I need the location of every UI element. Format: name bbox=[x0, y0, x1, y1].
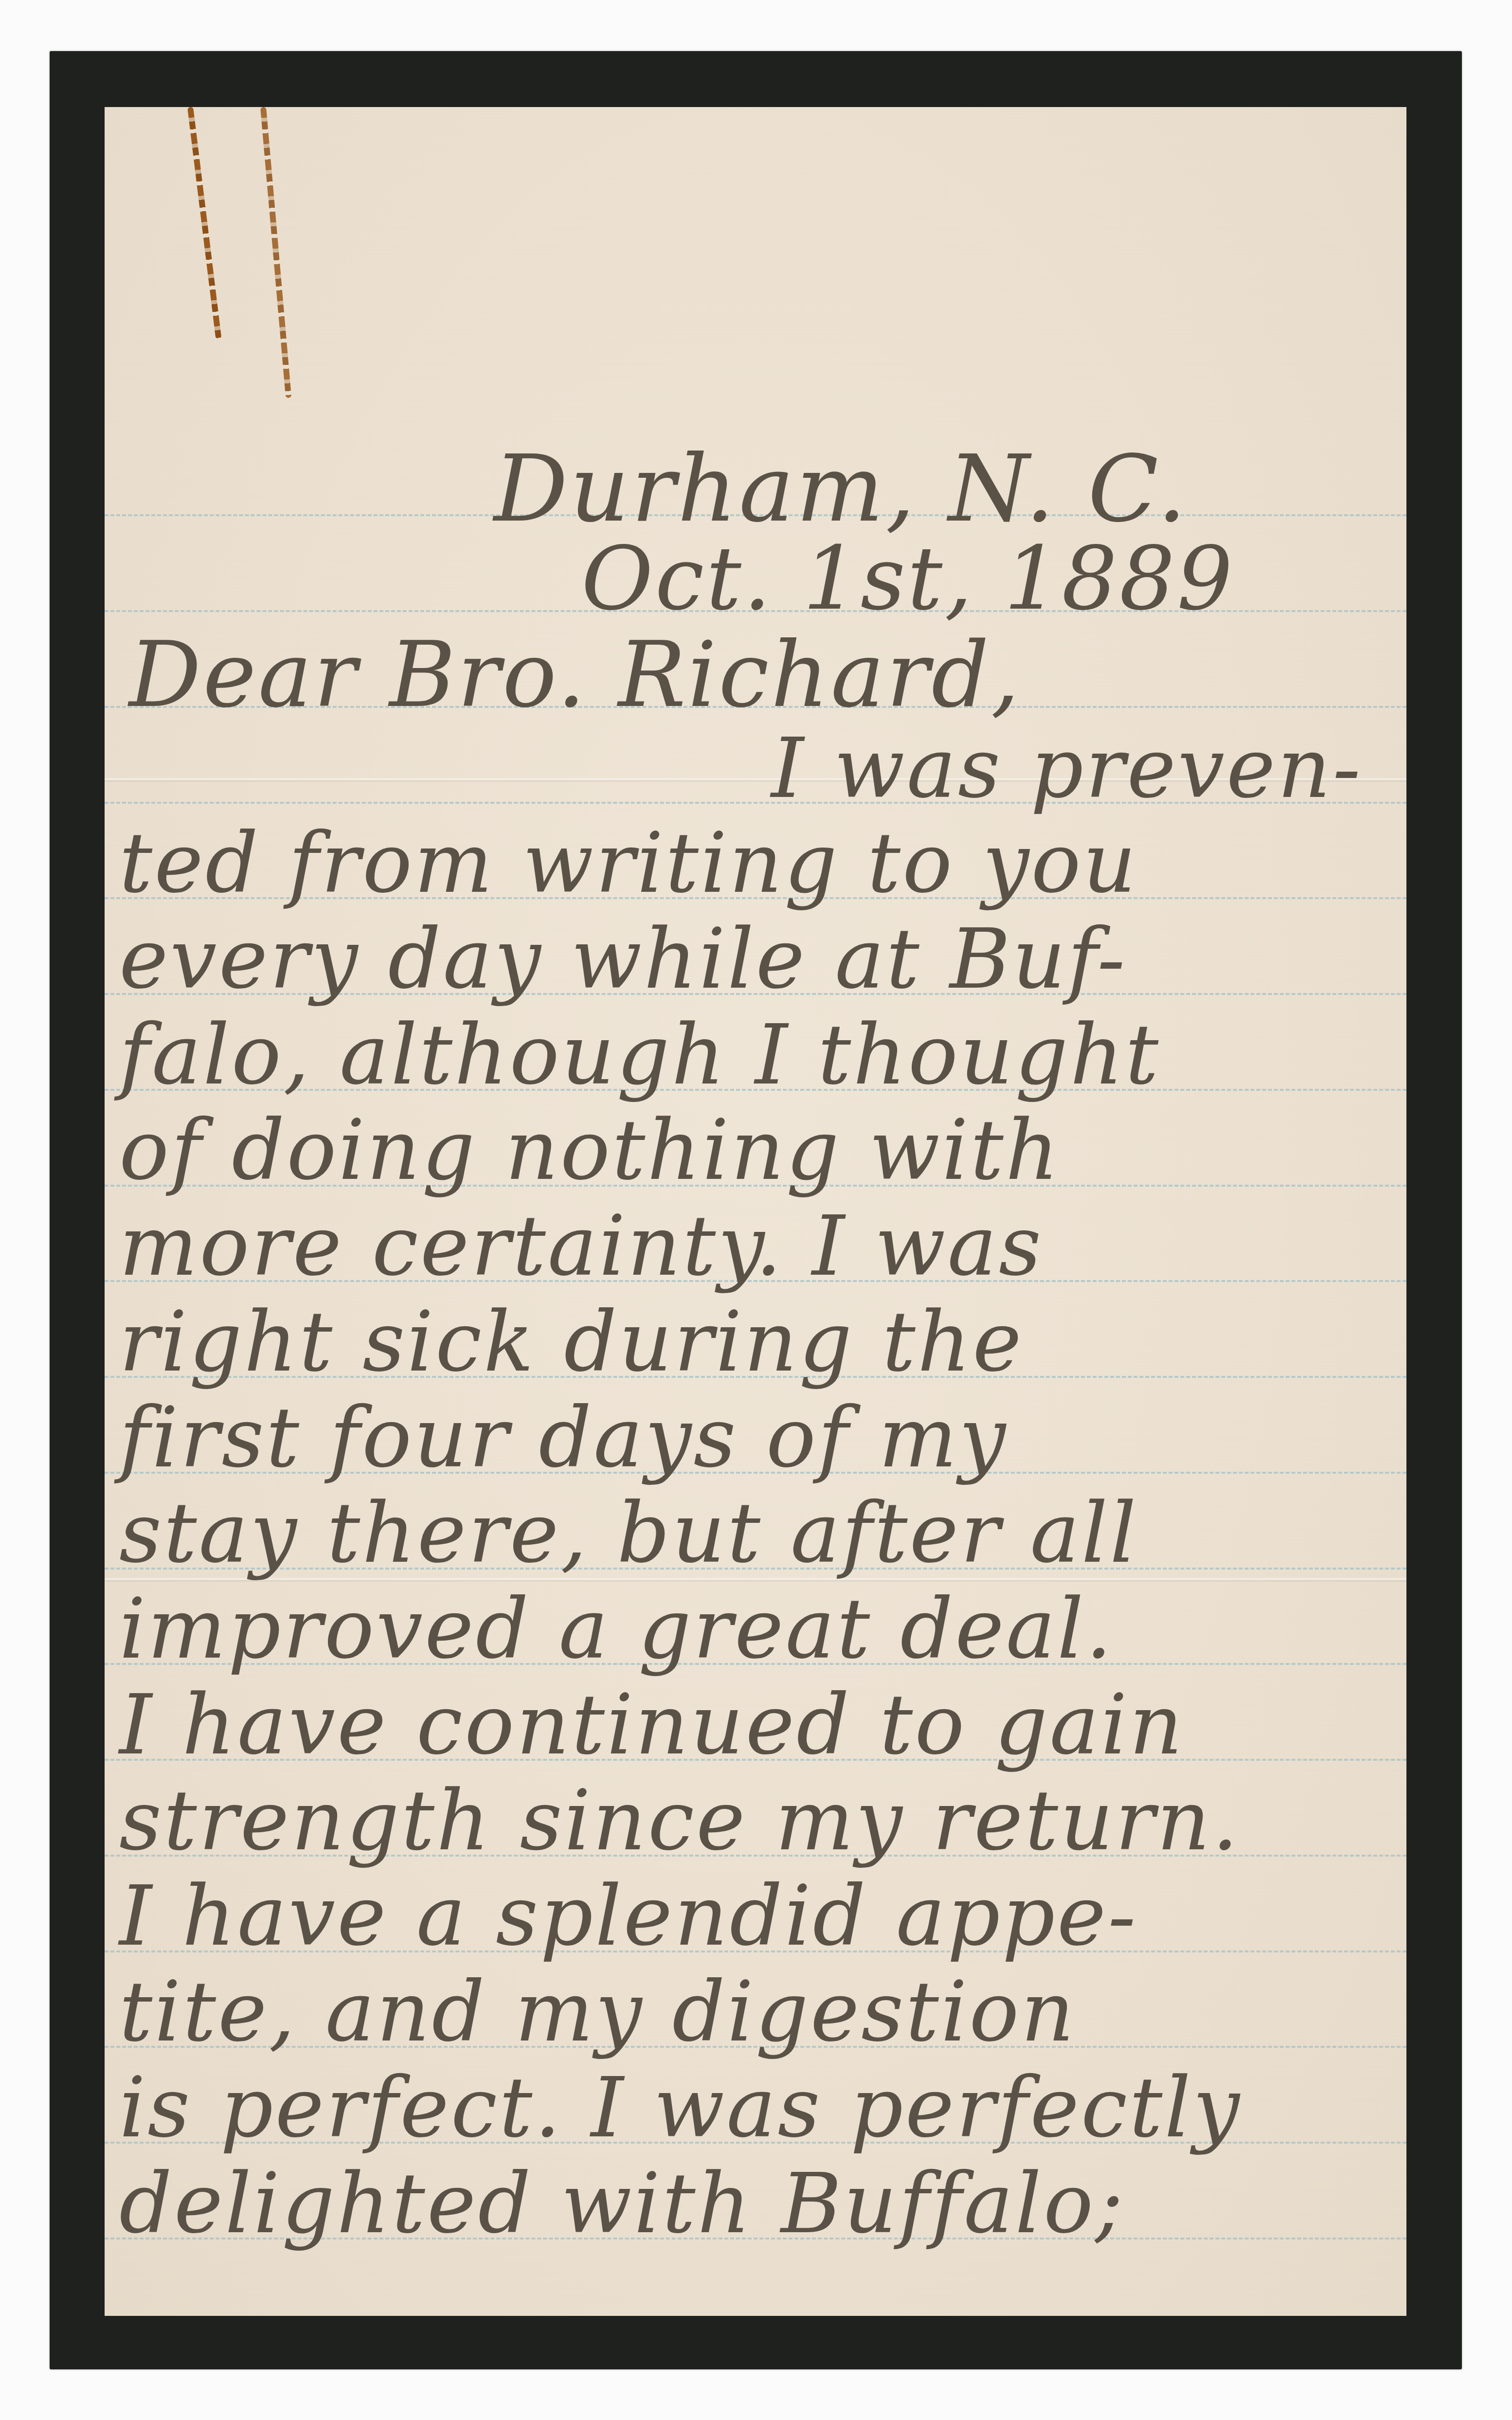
body-line: falo, although I thought bbox=[119, 1014, 1160, 1097]
body-line: improved a great deal. bbox=[119, 1588, 1114, 1671]
body-line: stay there, but after all bbox=[119, 1492, 1138, 1575]
rust-stain bbox=[260, 107, 291, 398]
body-line: I have a splendid appe- bbox=[119, 1875, 1138, 1958]
letter-date: Oct. 1st, 1889 bbox=[581, 535, 1235, 623]
body-line: is perfect. I was perfectly bbox=[119, 2067, 1242, 2149]
body-line: of doing nothing with bbox=[119, 1109, 1061, 1192]
body-line: tite, and my digestion bbox=[119, 1971, 1076, 2054]
body-line: strength since my return. bbox=[119, 1780, 1240, 1862]
letter-place: Durham, N. C. bbox=[494, 443, 1188, 535]
letter-sheet: Durham, N. C. Oct. 1st, 1889 Dear Bro. R… bbox=[50, 51, 1462, 2369]
body-line: I was preven- bbox=[771, 727, 1363, 810]
salutation: Dear Bro. Richard, bbox=[129, 630, 1022, 720]
body-line: right sick during the bbox=[119, 1301, 1024, 1384]
rust-stain bbox=[187, 107, 221, 339]
body-line: more certainty. I was bbox=[119, 1205, 1043, 1288]
body-line: every day while at Buf- bbox=[119, 918, 1127, 1001]
letter-paper: Durham, N. C. Oct. 1st, 1889 Dear Bro. R… bbox=[105, 107, 1406, 2316]
body-line: ted from writing to you bbox=[119, 822, 1138, 905]
body-line: I have continued to gain bbox=[119, 1684, 1185, 1767]
body-line: delighted with Buffalo; bbox=[119, 2163, 1125, 2245]
body-line: first four days of my bbox=[119, 1397, 1008, 1480]
